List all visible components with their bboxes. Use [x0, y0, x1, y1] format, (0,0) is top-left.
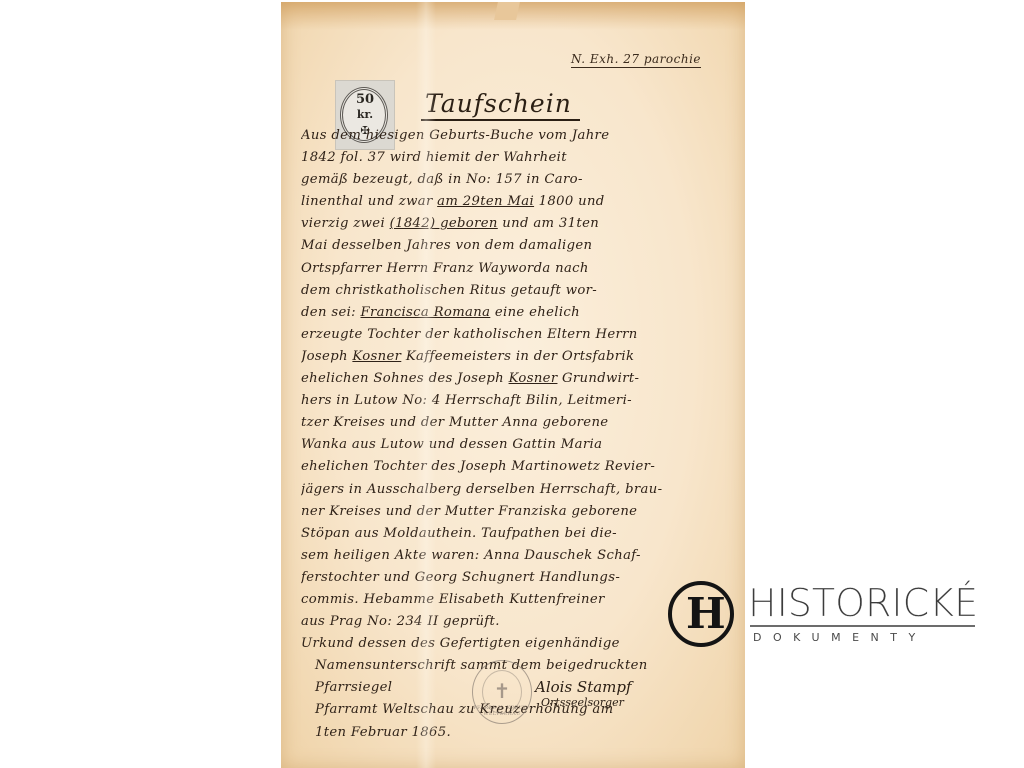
reference-number: N. Exh. 27 parochie	[571, 52, 701, 68]
text-line: Joseph Kosner Kaffeemeisters in der Orts…	[301, 346, 733, 368]
text-line: Ortspfarrer Herrn Franz Wayworda nach	[301, 258, 733, 280]
logo-divider	[750, 625, 975, 627]
signature-name: Alois Stampf	[535, 678, 632, 696]
signature-block: Alois Stampf Ortsseelsorger	[535, 678, 632, 710]
text-line: linenthal und zwar am 29ten Mai 1800 und	[301, 191, 733, 213]
text-line: Stöpan aus Moldauthein. Taufpathen bei d…	[301, 523, 733, 545]
underlined-phrase: (1842) geboren	[390, 216, 498, 231]
underlined-phrase: am 29ten Mai	[437, 194, 534, 209]
underlined-phrase: Kosner	[509, 371, 558, 386]
stamp-unit: kr.	[336, 108, 394, 121]
seal-text: PFARRE H. KREUZ · WELTSCHAU	[473, 705, 531, 717]
text-line: ner Kreises und der Mutter Franziska geb…	[301, 501, 733, 523]
text-line: 1842 fol. 37 wird hiemit der Wahrheit	[301, 147, 733, 169]
logo-monogram-letter: H	[686, 588, 726, 640]
text-line: dem christkatholischen Ritus getauft wor…	[301, 280, 733, 302]
logo-wordmark: HISTORICKÉ	[748, 583, 978, 623]
document-page: N. Exh. 27 parochie 50 kr. ✠ Taufschein …	[281, 2, 745, 768]
text-line: vierzig zwei (1842) geboren und am 31ten	[301, 213, 733, 235]
underlined-phrase: Francisca Romana	[361, 305, 491, 320]
underlined-phrase: Kosner	[352, 349, 401, 364]
text-line: gemäß bezeugt, daß in No: 157 in Caro-	[301, 169, 733, 191]
text-line: Wanka aus Lutow und dessen Gattin Maria	[301, 434, 733, 456]
crucifix-icon: ✝	[473, 679, 531, 703]
logo-subtitle: DOKUMENTY	[753, 631, 927, 645]
document-title: Taufschein	[421, 89, 580, 121]
historicke-dokumenty-logo: H HISTORICKÉ DOKUMENTY	[668, 577, 978, 649]
signature-role: Ortsseelsorger	[535, 696, 632, 710]
text-line: Mai desselben Jahres von dem damaligen	[301, 235, 733, 257]
text-line: ehelichen Tochter des Joseph Martinowetz…	[301, 456, 733, 478]
text-line: erzeugte Tochter der katholischen Eltern…	[301, 324, 733, 346]
text-line: tzer Kreises und der Mutter Anna geboren…	[301, 412, 733, 434]
certificate-body: Aus dem hiesigen Geburts-Buche vom Jahre…	[301, 125, 733, 744]
logo-monogram-icon: H	[668, 581, 734, 647]
text-line: jägers in Ausschalberg derselben Herrsch…	[301, 479, 733, 501]
paper-fold	[494, 2, 520, 20]
text-line: 1ten Februar 1865.	[301, 722, 733, 744]
parish-seal: ✝ PFARRE H. KREUZ · WELTSCHAU	[472, 660, 532, 724]
text-line: hers in Lutow No: 4 Herrschaft Bilin, Le…	[301, 390, 733, 412]
text-line: sem heiligen Akte waren: Anna Dauschek S…	[301, 545, 733, 567]
text-line: Aus dem hiesigen Geburts-Buche vom Jahre	[301, 125, 733, 147]
text-line: den sei: Francisca Romana eine ehelich	[301, 302, 733, 324]
text-line: ehelichen Sohnes des Joseph Kosner Grund…	[301, 368, 733, 390]
stamp-value: 50	[336, 93, 394, 107]
